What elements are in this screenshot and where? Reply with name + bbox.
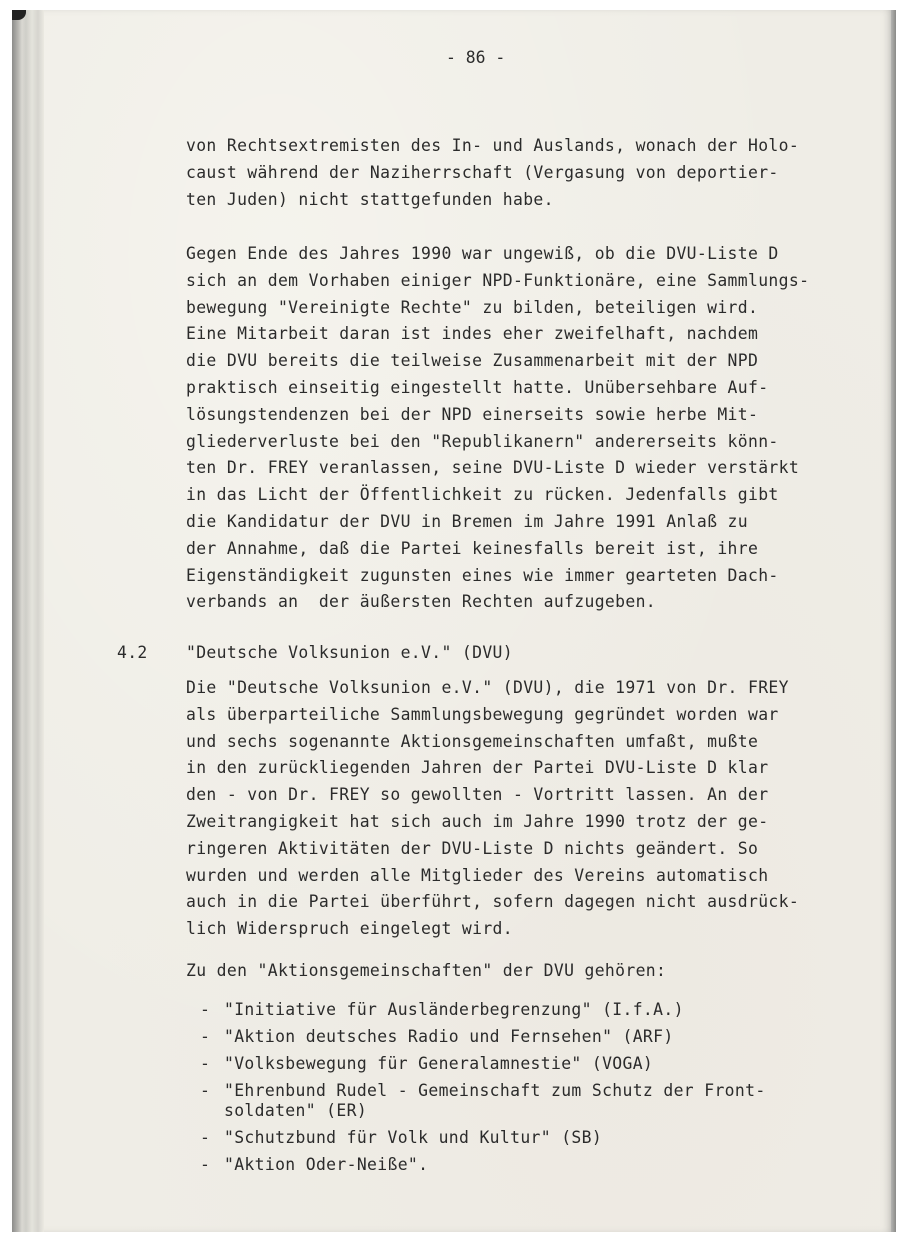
text-line: von Rechtsextremisten des In- und Auslan… (186, 133, 799, 160)
list-item-text: "Aktion Oder-Neiße". (224, 1155, 428, 1175)
paragraph-intro: von Rechtsextremisten des In- und Auslan… (186, 133, 799, 213)
list-item-text: "Initiative für Ausländerbegrenzung" (I.… (224, 1000, 684, 1020)
text-line: ten Juden) nicht stattgefunden habe. (186, 187, 799, 214)
list-item-text: "Ehrenbund Rudel - Gemeinschaft zum Schu… (224, 1081, 766, 1121)
text-line: den - von Dr. FREY so gewollten - Vortri… (186, 782, 799, 809)
text-line: Die "Deutsche Volksunion e.V." (DVU), di… (186, 675, 799, 702)
section-number: 4.2 (117, 640, 148, 667)
paragraph-dvu-liste: Gegen Ende des Jahres 1990 war ungewiß, … (186, 241, 809, 616)
text-line: Zweitrangigkeit hat sich auch im Jahre 1… (186, 809, 799, 836)
text-line: Gegen Ende des Jahres 1990 war ungewiß, … (186, 241, 809, 268)
text-line: als überparteiliche Sammlungsbewegung ge… (186, 702, 799, 729)
list-bullet-dash: - (200, 1000, 210, 1020)
text-line: Eigenständigkeit zugunsten eines wie imm… (186, 563, 809, 590)
section-body: Die "Deutsche Volksunion e.V." (DVU), di… (186, 675, 799, 943)
text-line: in den zurückliegenden Jahren der Partei… (186, 755, 799, 782)
text-line: "Volksbewegung für Generalamnestie" (VOG… (224, 1054, 653, 1074)
page-right-edge-shadow (891, 10, 896, 1232)
text-line: verbands an der äußersten Rechten aufzug… (186, 589, 809, 616)
list-item-text: "Volksbewegung für Generalamnestie" (VOG… (224, 1054, 653, 1074)
text-line: ten Dr. FREY veranlassen, seine DVU-List… (186, 455, 809, 482)
text-line: der Annahme, daß die Partei keinesfalls … (186, 536, 809, 563)
text-line: bewegung "Vereinigte Rechte" zu bilden, … (186, 295, 809, 322)
text-line: die Kandidatur der DVU in Bremen im Jahr… (186, 509, 809, 536)
text-line: gliederverluste bei den "Republikanern" … (186, 429, 809, 456)
text-line: lich Widerspruch eingelegt wird. (186, 916, 799, 943)
text-line: "Aktion Oder-Neiße". (224, 1155, 428, 1175)
text-line: "Ehrenbund Rudel - Gemeinschaft zum Schu… (224, 1081, 766, 1101)
text-line: lösungstendenzen bei der NPD einerseits … (186, 402, 809, 429)
text-line: in das Licht der Öffentlichkeit zu rücke… (186, 482, 809, 509)
text-line: ringeren Aktivitäten der DVU-Liste D nic… (186, 836, 799, 863)
list-bullet-dash: - (200, 1027, 210, 1047)
text-line: sich an dem Vorhaben einiger NPD-Funktio… (186, 268, 809, 295)
text-line: soldaten" (ER) (224, 1101, 766, 1121)
list-bullet-dash: - (200, 1155, 210, 1175)
text-line: "Initiative für Ausländerbegrenzung" (I.… (224, 1000, 684, 1020)
text-line: und sechs sogenannte Aktionsgemeinschaft… (186, 729, 799, 756)
text-line: "Schutzbund für Volk und Kultur" (SB) (224, 1128, 602, 1148)
list-intro: Zu den "Aktionsgemeinschaften" der DVU g… (186, 958, 666, 985)
text-line: praktisch einseitig eingestellt hatte. U… (186, 375, 809, 402)
text-line: auch in die Partei überführt, sofern dag… (186, 889, 799, 916)
page-number: - 86 - (446, 48, 505, 67)
list-bullet-dash: - (200, 1128, 210, 1148)
list-bullet-dash: - (200, 1054, 210, 1074)
text-line: die DVU bereits die teilweise Zusammenar… (186, 348, 809, 375)
list-item-text: "Schutzbund für Volk und Kultur" (SB) (224, 1128, 602, 1148)
text-line: caust während der Naziherrschaft (Vergas… (186, 160, 799, 187)
section-title: "Deutsche Volksunion e.V." (DVU) (186, 640, 513, 667)
text-line: "Aktion deutsches Radio und Fernsehen" (… (224, 1027, 674, 1047)
text-line: Eine Mitarbeit daran ist indes eher zwei… (186, 321, 809, 348)
list-item-text: "Aktion deutsches Radio und Fernsehen" (… (224, 1027, 674, 1047)
text-line: wurden und werden alle Mitglieder des Ve… (186, 863, 799, 890)
page-binding-edge (12, 10, 44, 1232)
list-bullet-dash: - (200, 1081, 210, 1101)
